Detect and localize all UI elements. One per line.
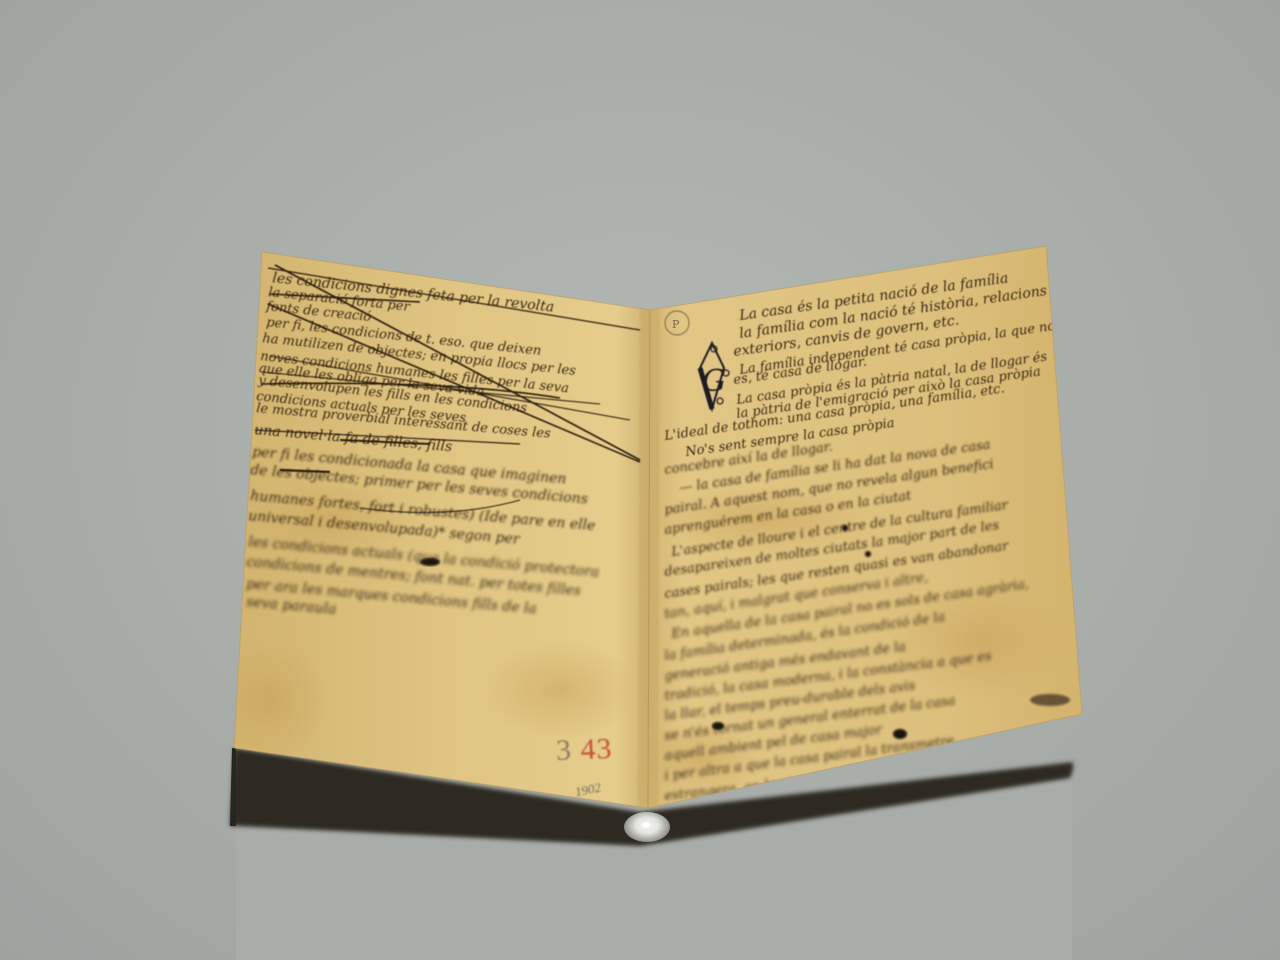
catalog-prefix: 3	[555, 733, 572, 767]
svg-text:G: G	[702, 364, 726, 399]
catalog-red-digits: 43	[580, 732, 613, 766]
catalog-number: 3 43	[555, 732, 613, 768]
photo-scene: les condicions dignes feta per la revolt…	[0, 0, 1280, 960]
acrylic-support	[624, 812, 670, 842]
svg-text:P: P	[672, 318, 680, 331]
